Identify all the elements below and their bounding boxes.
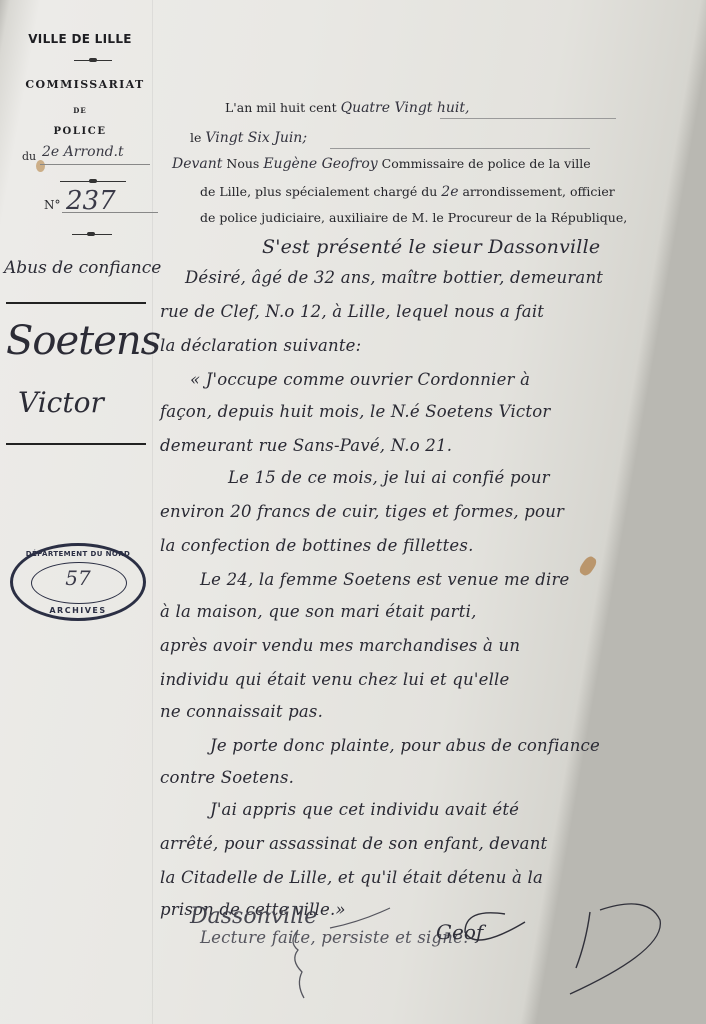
district-label: du	[22, 150, 36, 163]
office-heading-de: DE	[0, 106, 160, 115]
record-number-underline	[62, 212, 158, 213]
preamble-line-1: L'an mil huit cent Quatre Vingt huit,	[225, 100, 469, 116]
preamble-line-4: de Lille, plus spécialement chargé du 2e…	[200, 184, 615, 200]
fill-line	[440, 118, 616, 119]
margin-rule	[152, 0, 153, 1024]
archives-stamp: DÉPARTEMENT DU NORD 57 ARCHIVES	[10, 543, 146, 621]
preamble-printed: de Lille, plus spécialement chargé du	[200, 184, 437, 199]
district-underline	[40, 164, 150, 165]
margin-rule-bottom	[6, 443, 146, 445]
stamp-bottom-text: ARCHIVES	[13, 606, 143, 615]
body-line: rue de Clef, N.o 12, à Lille, lequel nou…	[160, 302, 544, 321]
ornament-dot	[89, 179, 97, 183]
paper-stain	[36, 160, 45, 172]
preamble-printed: le	[190, 130, 201, 145]
police-record-page: VILLE DE LILLE COMMISSARIAT DE POLICE du…	[0, 0, 706, 1024]
body-line: après avoir vendu mes marchandises à un	[160, 636, 520, 655]
body-line: S'est présenté le sieur Dassonville	[262, 236, 600, 258]
body-line: la Citadelle de Lille, et qu'il était dé…	[160, 868, 543, 887]
body-line: « J'occupe comme ouvrier Cordonnier à	[190, 370, 530, 389]
office-heading-police: POLICE	[0, 126, 160, 137]
body-line: Je porte donc plainte, pour abus de conf…	[210, 736, 600, 755]
district-value: 2e Arrond.t	[42, 144, 124, 160]
year-filled: Quatre Vingt huit,	[341, 100, 470, 116]
preamble-line-3: Devant Nous Eugène Geofroy Commissaire d…	[172, 156, 591, 172]
accused-firstname: Victor	[18, 386, 104, 419]
body-line: individu qui était venu chez lui et qu'e…	[160, 670, 510, 689]
body-line: ne connaissait pas.	[160, 702, 323, 721]
paper-stain	[577, 554, 598, 577]
preamble-line-2: le Vingt Six Juin;	[190, 130, 307, 146]
body-line: la déclaration suivante:	[160, 336, 361, 355]
record-number-label: N°	[44, 198, 61, 212]
city-heading: VILLE DE LILLE	[0, 32, 160, 46]
body-line: arrêté, pour assassinat de son enfant, d…	[160, 834, 547, 853]
stamp-number: 57	[13, 566, 143, 590]
signature-flourishes	[180, 900, 700, 1024]
date-filled: Vingt Six Juin;	[205, 130, 307, 146]
body-line: à la maison, que son mari était parti,	[160, 602, 477, 621]
preamble-printed: L'an mil huit cent	[225, 100, 337, 115]
preamble-printed: Commissaire de police de la ville	[382, 156, 591, 171]
devant-filled: Devant	[172, 156, 222, 172]
body-line: J'ai appris que cet individu avait été	[210, 800, 519, 819]
ornament-dot	[89, 58, 97, 62]
body-line: Le 24, la femme Soetens est venue me dir…	[200, 570, 570, 589]
fill-line	[330, 148, 590, 149]
commissaire-name: Eugène Geofroy	[263, 156, 377, 172]
preamble-printed: Nous	[226, 156, 259, 171]
body-line: contre Soetens.	[160, 768, 294, 787]
accused-surname: Soetens	[6, 318, 160, 364]
office-heading: COMMISSARIAT	[10, 78, 160, 91]
body-line: façon, depuis huit mois, le N.é Soetens …	[160, 402, 550, 421]
commissaire-signature: Geof	[436, 920, 483, 944]
body-line: environ 20 francs de cuir, tiges et form…	[160, 502, 564, 521]
ornament-dot	[87, 232, 95, 236]
body-line: Désiré, âgé de 32 ans, maître bottier, d…	[185, 268, 603, 287]
body-line: Le 15 de ce mois, je lui ai confié pour	[228, 468, 550, 487]
offence-annotation: Abus de confiance	[4, 258, 161, 278]
body-line: la confection de bottines de fillettes.	[160, 536, 474, 555]
margin-rule-top	[6, 302, 146, 304]
body-line: demeurant rue Sans-Pavé, N.o 21.	[160, 436, 452, 455]
preamble-line-5: de police judiciaire, auxiliaire de M. l…	[200, 210, 627, 225]
arrondissement-filled: 2e	[441, 184, 458, 200]
preamble-printed: arrondissement, officier	[462, 184, 614, 199]
stamp-top-text: DÉPARTEMENT DU NORD	[13, 550, 143, 558]
